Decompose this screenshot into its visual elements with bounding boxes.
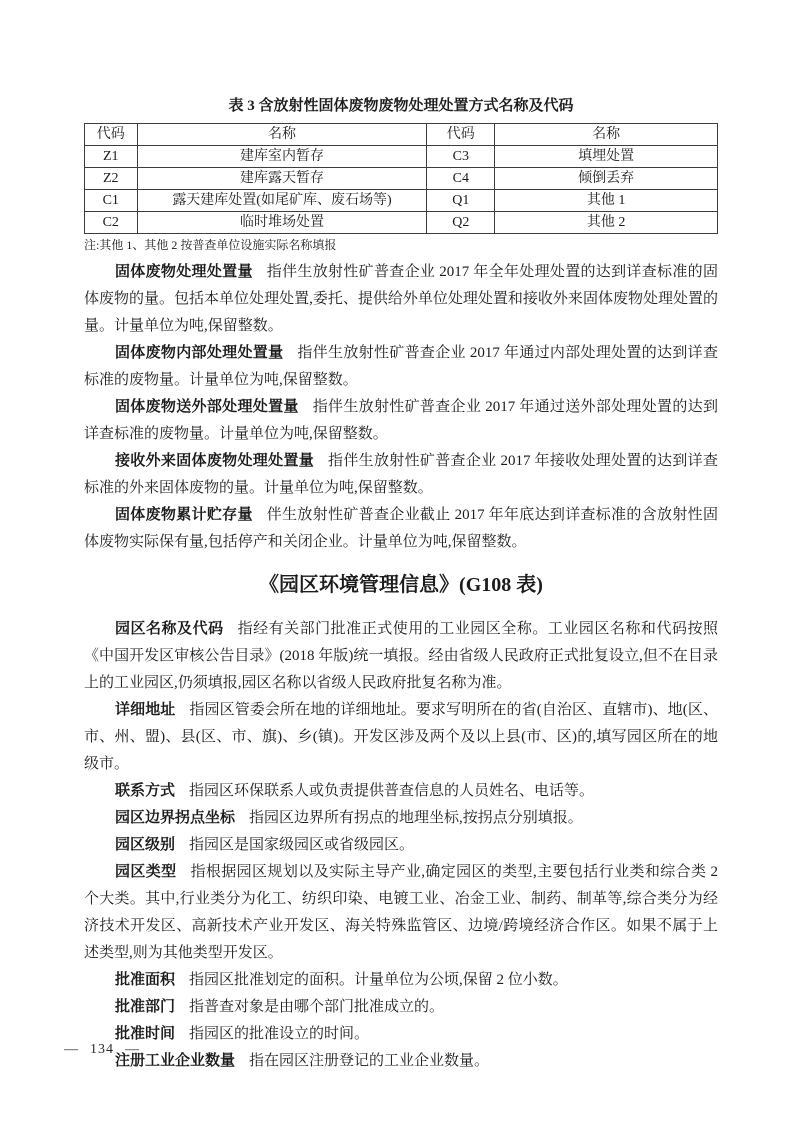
table-cell: 临时堆场处置 (137, 212, 427, 234)
definition-paragraph: 固体废物处理处置量指伴生放射性矿普查企业 2017 年全年处理处置的达到详查标准… (84, 259, 718, 340)
disposal-code-table: 代码 名称 代码 名称 Z1 建库室内暂存 C3 填埋处置 Z2 建库露天暂存 … (84, 123, 718, 234)
table-cell: 建库露天暂存 (137, 168, 427, 190)
definition-text: 指园区是国家级园区或省级园区。 (189, 837, 414, 853)
definition-paragraph: 详细地址指园区管委会所在地的详细地址。要求写明所在的省(自治区、直辖市)、地(区… (84, 697, 718, 778)
table-cell: C3 (427, 146, 495, 168)
table-header-row: 代码 名称 代码 名称 (85, 124, 718, 146)
definition-term: 固体废物处理处置量 (115, 264, 253, 280)
definition-term: 园区名称及代码 (115, 621, 224, 637)
definition-term: 固体废物累计贮存量 (115, 507, 253, 523)
section-heading: 《园区环境管理信息》(G108 表) (84, 570, 718, 600)
table-row: Z2 建库露天暂存 C4 倾倒丢弃 (85, 168, 718, 190)
definition-paragraph: 批准面积指园区批准划定的面积。计量单位为公顷,保留 2 位小数。 (84, 967, 718, 994)
definition-text: 指园区的批准设立的时间。 (189, 1026, 369, 1042)
table-cell: C4 (427, 168, 495, 190)
table-cell: 填埋处置 (495, 146, 718, 168)
definition-text: 指园区环保联系人或负责提供普查信息的人员姓名、电话等。 (189, 783, 594, 799)
definition-text: 指在园区注册登记的工业企业数量。 (249, 1053, 489, 1069)
definition-text: 指园区管委会所在地的详细地址。要求写明所在的省(自治区、直辖市)、地(区、市、州… (84, 702, 718, 772)
table-cell: 其他 2 (495, 212, 718, 234)
footer-dash: — (125, 1042, 140, 1057)
definition-paragraph: 园区类型指根据园区规划以及实际主导产业,确定园区的类型,主要包括行业类和综合类 … (84, 859, 718, 967)
table-header-cell: 名称 (137, 124, 427, 146)
definition-term: 批准部门 (115, 999, 175, 1015)
table-cell: Q1 (427, 190, 495, 212)
definition-paragraph: 园区级别指园区是国家级园区或省级园区。 (84, 832, 718, 859)
footer-dash: — (64, 1042, 79, 1057)
definition-paragraph: 园区边界拐点坐标指园区边界所有拐点的地理坐标,按拐点分别填报。 (84, 805, 718, 832)
table-cell: Q2 (427, 212, 495, 234)
table-cell: C2 (85, 212, 138, 234)
definition-paragraph: 固体废物内部处理处置量指伴生放射性矿普查企业 2017 年通过内部处理处置的达到… (84, 340, 718, 394)
table-cell: Z1 (85, 146, 138, 168)
table-cell: 倾倒丢弃 (495, 168, 718, 190)
table-header-cell: 代码 (427, 124, 495, 146)
table-cell: Z2 (85, 168, 138, 190)
table-row: C2 临时堆场处置 Q2 其他 2 (85, 212, 718, 234)
definition-term: 固体废物送外部处理处置量 (115, 399, 299, 415)
table-row: Z1 建库室内暂存 C3 填埋处置 (85, 146, 718, 168)
page-number: 134 (90, 1042, 114, 1057)
definition-paragraph: 联系方式指园区环保联系人或负责提供普查信息的人员姓名、电话等。 (84, 778, 718, 805)
definition-text: 指普查对象是由哪个部门批准成立的。 (189, 999, 444, 1015)
document-page: 表 3 含放射性固体废物废物处理处置方式名称及代码 代码 名称 代码 名称 Z1 (0, 0, 800, 1131)
table-title: 表 3 含放射性固体废物废物处理处置方式名称及代码 (84, 97, 718, 116)
table-cell: 建库室内暂存 (137, 146, 427, 168)
table-cell: C1 (85, 190, 138, 212)
definition-term: 接收外来固体废物处理处置量 (115, 453, 314, 469)
table-note: 注:其他 1、其他 2 按普查单位设施实际名称填报 (84, 237, 718, 253)
definition-term: 详细地址 (115, 702, 175, 718)
table-header-cell: 代码 (85, 124, 138, 146)
definition-text: 指园区批准划定的面积。计量单位为公顷,保留 2 位小数。 (189, 972, 568, 988)
definition-term: 园区边界拐点坐标 (115, 810, 235, 826)
table-row: C1 露天建库处置(如尾矿库、废石场等) Q1 其他 1 (85, 190, 718, 212)
table-cell: 露天建库处置(如尾矿库、废石场等) (137, 190, 427, 212)
definition-paragraph: 注册工业企业数量指在园区注册登记的工业企业数量。 (84, 1048, 718, 1075)
definition-paragraph: 固体废物送外部处理处置量指伴生放射性矿普查企业 2017 年通过送外部处理处置的… (84, 394, 718, 448)
definition-term: 园区类型 (115, 864, 177, 880)
definition-paragraph: 接收外来固体废物处理处置量指伴生放射性矿普查企业 2017 年接收处理处置的达到… (84, 448, 718, 502)
definition-term: 批准面积 (115, 972, 175, 988)
table-header-cell: 名称 (495, 124, 718, 146)
page-footer: —134— (64, 1042, 151, 1058)
definition-paragraph: 批准时间指园区的批准设立的时间。 (84, 1021, 718, 1048)
definition-text: 指根据园区规划以及实际主导产业,确定园区的类型,主要包括行业类和综合类 2 个大… (84, 864, 718, 961)
definition-term: 固体废物内部处理处置量 (115, 345, 283, 361)
definition-paragraph: 园区名称及代码指经有关部门批准正式使用的工业园区全称。工业园区名称和代码按照《中… (84, 616, 718, 697)
definition-term: 联系方式 (115, 783, 175, 799)
table-cell: 其他 1 (495, 190, 718, 212)
definition-term: 批准时间 (115, 1026, 175, 1042)
definition-paragraph: 固体废物累计贮存量伴生放射性矿普查企业截止 2017 年年底达到详查标准的含放射… (84, 502, 718, 556)
definition-text: 指园区边界所有拐点的地理坐标,按拐点分别填报。 (249, 810, 583, 826)
definition-term: 园区级别 (115, 837, 175, 853)
definition-paragraph: 批准部门指普查对象是由哪个部门批准成立的。 (84, 994, 718, 1021)
page-content: 表 3 含放射性固体废物废物处理处置方式名称及代码 代码 名称 代码 名称 Z1 (84, 97, 718, 1075)
